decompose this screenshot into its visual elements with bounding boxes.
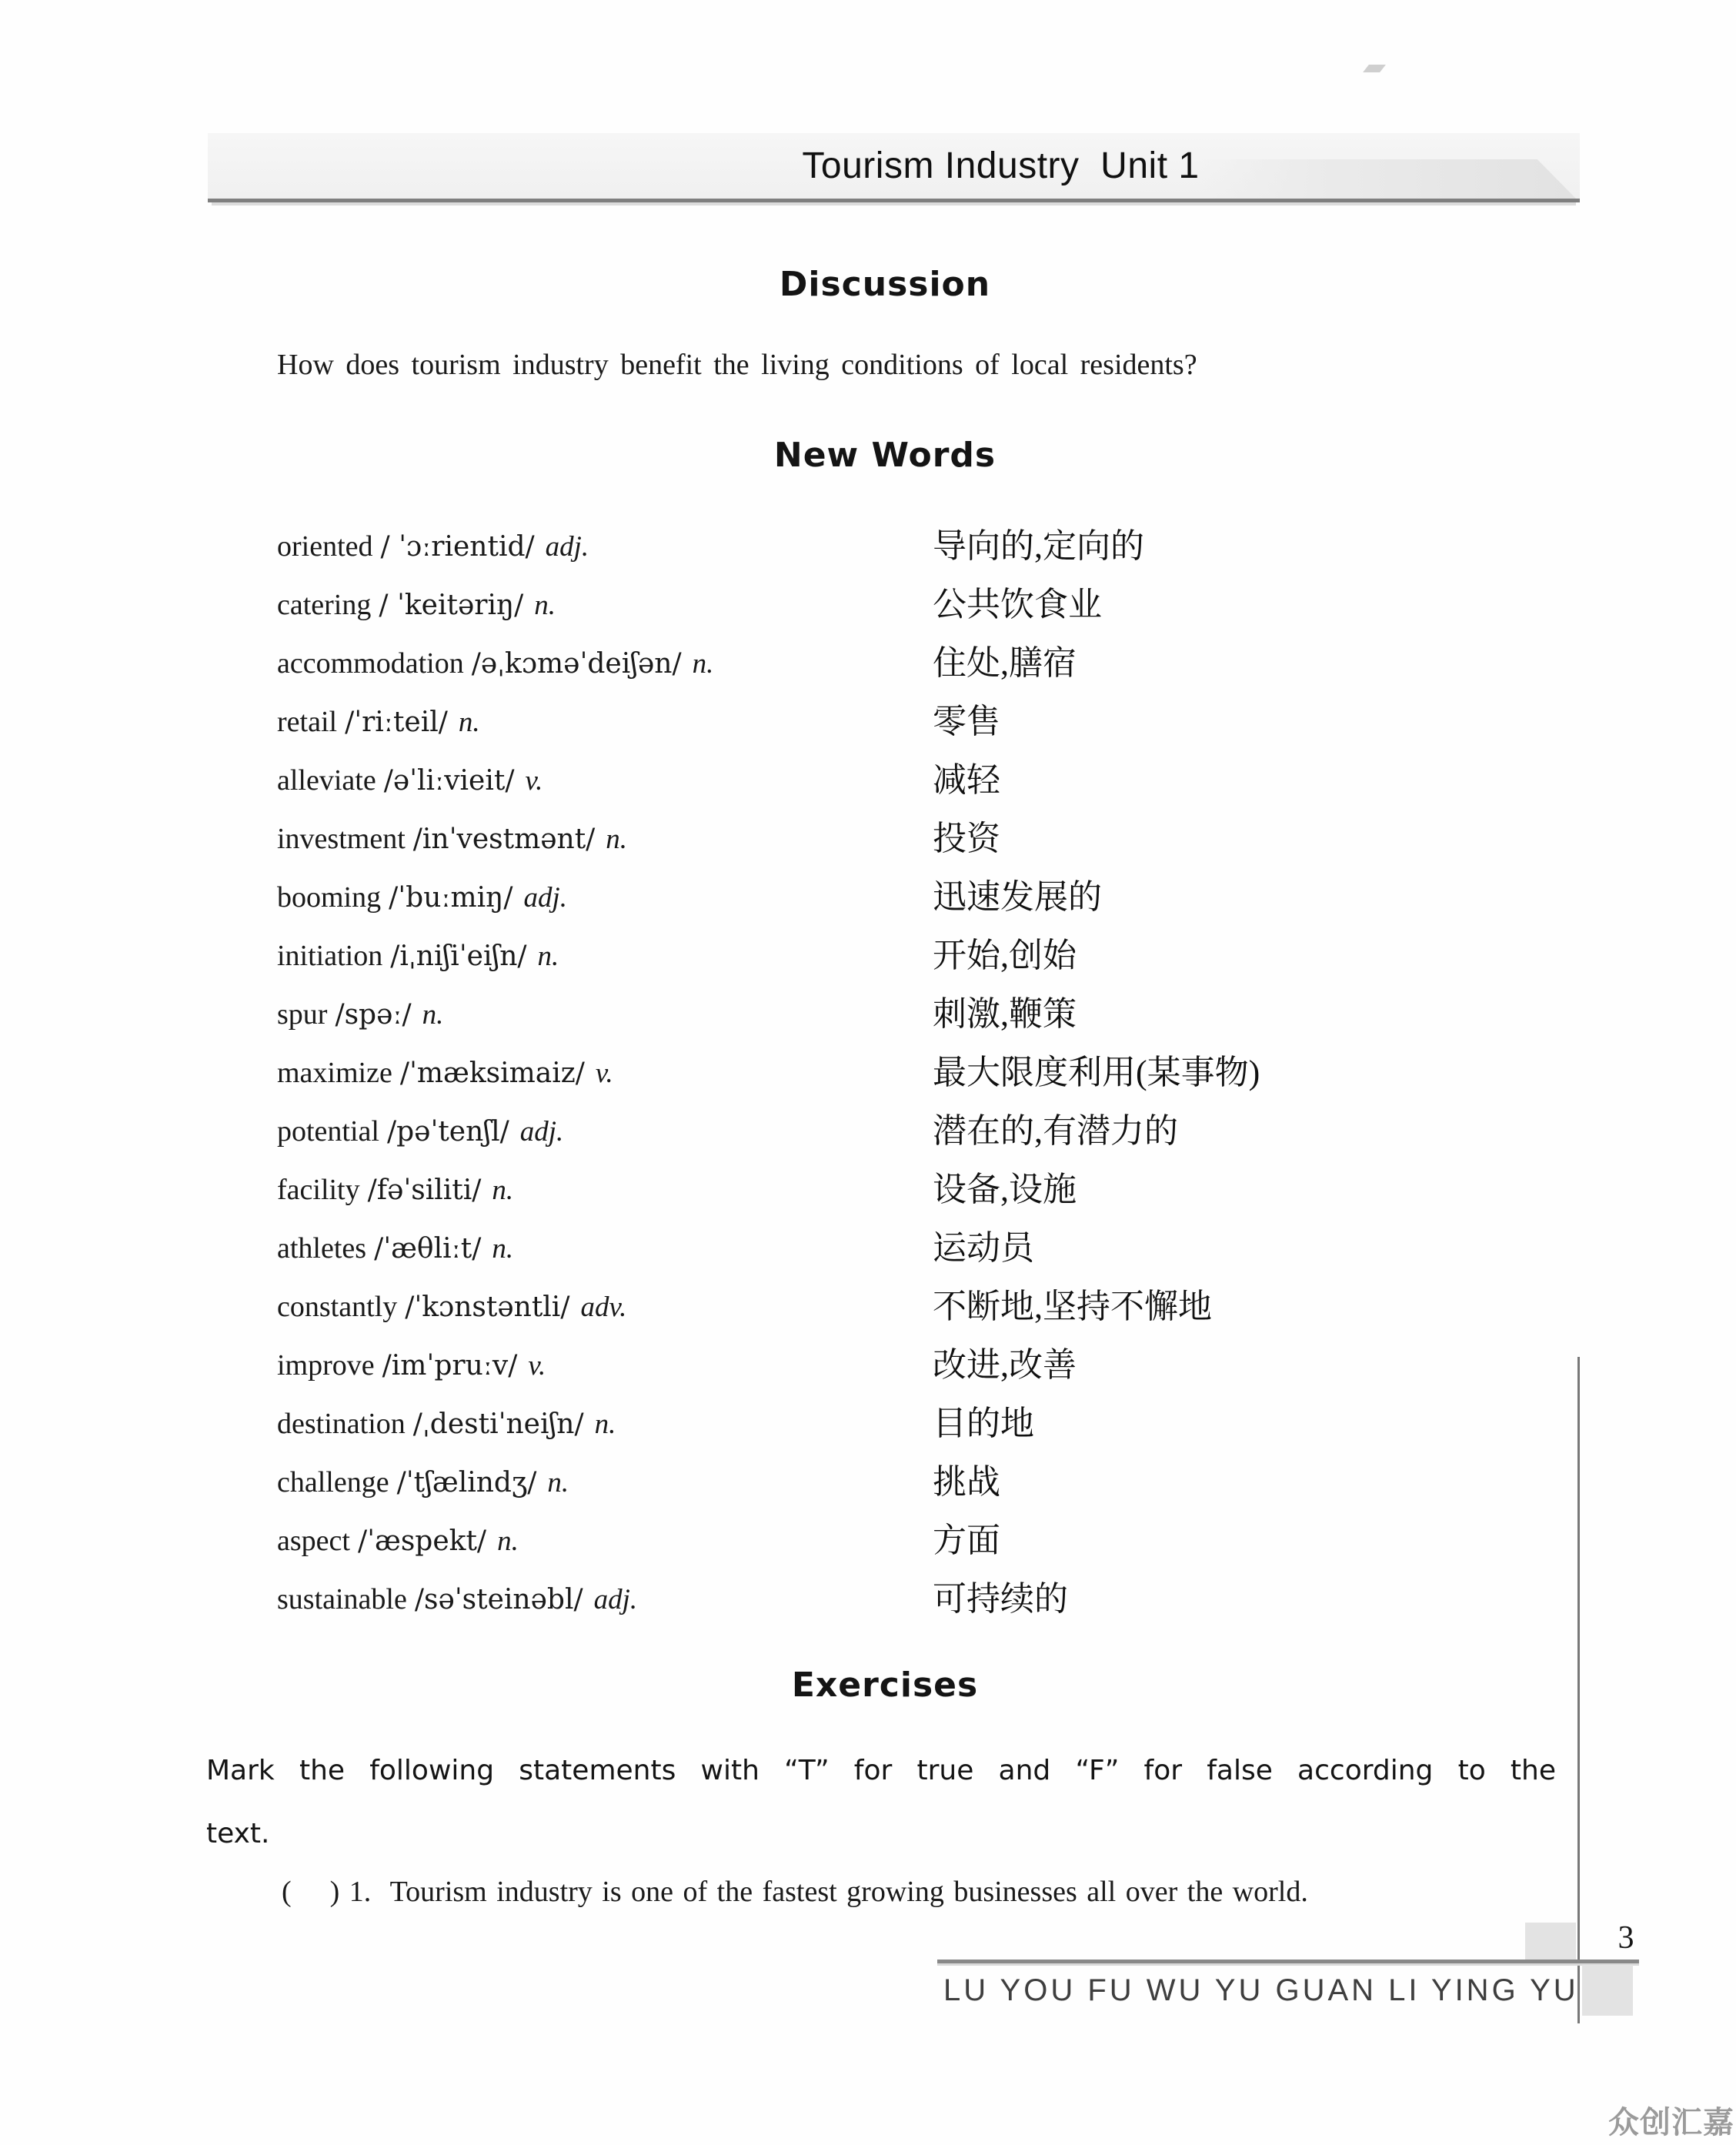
vocab-row: aspect/ˈæspekt/n. 方面 <box>277 1512 1585 1570</box>
vocab-phonetic: /imˈpruːv/ <box>382 1350 518 1382</box>
vocab-translation: 设备,设施 <box>933 1161 1077 1219</box>
vocab-phonetic: /əˈliːvieit/ <box>384 765 515 797</box>
vocab-translation: 可持续的 <box>933 1570 1068 1629</box>
vocab-entry-english: improve/imˈpruːv/v. <box>277 1349 546 1382</box>
vocabulary-list: oriented/ ˈɔːrientid/adj. 导向的,定向的 cateri… <box>277 517 1585 1629</box>
vocab-translation: 不断地,坚持不懈地 <box>933 1278 1212 1336</box>
vocab-phonetic: /pəˈtenʃl/ <box>387 1116 509 1148</box>
decorative-gray-block-bottom <box>1582 1965 1633 2016</box>
vocab-phonetic: /ˈtʃælindʒ/ <box>397 1467 537 1498</box>
vocab-word: destination <box>277 1408 406 1440</box>
vocab-word: catering <box>277 589 371 621</box>
exercises-heading: Exercises <box>208 1666 1562 1705</box>
exercise-instruction-line1: Mark the following statements with “T” f… <box>206 1755 1556 1786</box>
vocab-translation: 迅速发展的 <box>933 868 1102 927</box>
vocab-translation: 零售 <box>933 693 1000 751</box>
vocab-phonetic: /ˈbuːmiŋ/ <box>389 882 512 914</box>
vocab-phonetic: /spəː/ <box>335 999 411 1031</box>
vocab-entry-english: catering/ ˈkeitəriŋ/n. <box>277 589 556 621</box>
vocab-row: accommodation/əˌkɔməˈdeiʃən/n. 住处,膳宿 <box>277 634 1585 693</box>
discussion-question: How does tourism industry benefit the li… <box>277 348 1197 382</box>
vocab-translation: 潜在的,有潜力的 <box>933 1102 1178 1161</box>
vocab-entry-english: sustainable/səˈsteinəbl/adj. <box>277 1583 637 1615</box>
vocab-row: facility/fəˈsiliti/n. 设备,设施 <box>277 1161 1585 1219</box>
vocab-entry-english: athletes/ˈæθliːt/n. <box>277 1232 513 1265</box>
vocab-phonetic: /ˈæspekt/ <box>358 1525 486 1557</box>
page-number: 3 <box>1599 1919 1653 1956</box>
vocab-phonetic: / ˈkeitəriŋ/ <box>379 590 523 621</box>
vocab-pos: n. <box>492 1233 513 1265</box>
vocab-translation: 方面 <box>933 1512 1000 1570</box>
vocab-entry-english: facility/fəˈsiliti/n. <box>277 1174 513 1206</box>
vocab-pos: n. <box>606 824 627 855</box>
vocab-pos: adj. <box>546 531 589 563</box>
vocab-pos: n. <box>534 590 556 621</box>
vocab-phonetic: /ˈkɔnstəntli/ <box>405 1291 569 1323</box>
vocab-translation: 运动员 <box>933 1219 1034 1278</box>
vocab-word: initiation <box>277 940 382 972</box>
vocab-row: investment/inˈvestmənt/n. 投资 <box>277 810 1585 868</box>
vocab-row: initiation/iˌniʃiˈeiʃn/n. 开始,创始 <box>277 927 1585 985</box>
vocab-entry-english: potential/pəˈtenʃl/adj. <box>277 1115 563 1148</box>
vocab-translation: 减轻 <box>933 751 1000 810</box>
vocab-word: athletes <box>277 1232 366 1265</box>
unit-header-banner: Tourism Industry Unit 1 <box>208 133 1580 202</box>
vocab-entry-english: alleviate/əˈliːvieit/v. <box>277 764 542 797</box>
vocab-phonetic: / ˈɔːrientid/ <box>381 531 535 563</box>
vocab-translation: 挑战 <box>933 1453 1000 1512</box>
vocab-pos: adv. <box>580 1291 626 1323</box>
vocab-entry-english: investment/inˈvestmənt/n. <box>277 823 627 855</box>
vocab-entry-english: destination/ˌdestiˈneiʃn/n. <box>277 1408 616 1440</box>
vocab-word: oriented <box>277 530 373 563</box>
vocab-pos: n. <box>595 1408 616 1440</box>
vocab-pos: v. <box>525 765 542 797</box>
vocab-pos: n. <box>547 1467 569 1498</box>
vocab-word: maximize <box>277 1057 392 1089</box>
vocab-word: retail <box>277 706 337 738</box>
vocab-entry-english: booming/ˈbuːmiŋ/adj. <box>277 881 567 914</box>
unit-header-title: Tourism Industry Unit 1 <box>315 133 1687 199</box>
vocab-pos: adj. <box>520 1116 564 1148</box>
vocab-row: maximize/ˈmæksimaiz/v. 最大限度利用(某事物) <box>277 1044 1585 1102</box>
vocab-entry-english: initiation/iˌniʃiˈeiʃn/n. <box>277 940 559 972</box>
vocab-phonetic: /ˈmæksimaiz/ <box>400 1057 585 1089</box>
vocab-translation: 住处,膳宿 <box>933 634 1077 693</box>
exercise-item-1: ( ) 1. Tourism industry is one of the fa… <box>282 1875 1308 1909</box>
vocab-word: challenge <box>277 1466 389 1498</box>
vocab-translation: 最大限度利用(某事物) <box>933 1044 1260 1102</box>
vocab-pos: n. <box>459 707 480 738</box>
vocab-word: potential <box>277 1115 379 1148</box>
vocab-pos: adj. <box>594 1584 638 1615</box>
textbook-page: Tourism Industry Unit 1 Discussion How d… <box>0 0 1736 2145</box>
header-arrow-tip <box>1363 65 1386 72</box>
vocab-word: improve <box>277 1349 375 1382</box>
vocab-phonetic: /ˌdestiˈneiʃn/ <box>413 1408 584 1440</box>
vocab-row: constantly/ˈkɔnstəntli/adv. 不断地,坚持不懈地 <box>277 1278 1585 1336</box>
vocab-pos: v. <box>528 1350 546 1382</box>
vocab-translation: 开始,创始 <box>933 927 1077 985</box>
vocab-entry-english: aspect/ˈæspekt/n. <box>277 1525 519 1557</box>
vocab-pos: v. <box>596 1057 613 1089</box>
vocab-entry-english: spur/spəː/n. <box>277 998 443 1031</box>
vocab-word: spur <box>277 998 327 1031</box>
vocab-row: spur/spəː/n. 刺激,鞭策 <box>277 985 1585 1044</box>
vocab-entry-english: constantly/ˈkɔnstəntli/adv. <box>277 1291 626 1323</box>
vocab-pos: n. <box>538 941 559 972</box>
vocab-word: aspect <box>277 1525 350 1557</box>
vocab-word: alleviate <box>277 764 376 797</box>
vocab-entry-english: challenge/ˈtʃælindʒ/n. <box>277 1466 569 1498</box>
vocab-entry-english: maximize/ˈmæksimaiz/v. <box>277 1057 613 1089</box>
vocab-row: sustainable/səˈsteinəbl/adj. 可持续的 <box>277 1570 1585 1629</box>
vocab-translation: 导向的,定向的 <box>933 517 1144 576</box>
vocab-row: potential/pəˈtenʃl/adj. 潜在的,有潜力的 <box>277 1102 1585 1161</box>
vocab-pos: n. <box>422 999 444 1031</box>
vocab-row: catering/ ˈkeitəriŋ/n. 公共饮食业 <box>277 576 1585 634</box>
vocab-row: destination/ˌdestiˈneiʃn/n. 目的地 <box>277 1395 1585 1453</box>
watermark: 众创汇嘉 <box>1608 2098 1734 2142</box>
vocab-phonetic: /ˈæθliːt/ <box>374 1233 481 1265</box>
margin-vertical-rule <box>1577 1357 1580 2023</box>
exercise-instruction-line2: text. <box>206 1818 1556 1849</box>
vocab-word: booming <box>277 881 381 914</box>
vocab-entry-english: accommodation/əˌkɔməˈdeiʃən/n. <box>277 647 713 680</box>
footer-rule <box>937 1960 1639 1963</box>
decorative-gray-block-top <box>1525 1923 1576 1960</box>
vocab-phonetic: /səˈsteinəbl/ <box>415 1584 583 1615</box>
vocab-word: sustainable <box>277 1583 407 1615</box>
vocab-phonetic: /ˈriːteil/ <box>345 707 448 738</box>
vocab-translation: 刺激,鞭策 <box>933 985 1077 1044</box>
vocab-row: oriented/ ˈɔːrientid/adj. 导向的,定向的 <box>277 517 1585 576</box>
vocab-word: investment <box>277 823 406 855</box>
vocab-row: booming/ˈbuːmiŋ/adj. 迅速发展的 <box>277 868 1585 927</box>
vocab-row: alleviate/əˈliːvieit/v. 减轻 <box>277 751 1585 810</box>
vocab-entry-english: oriented/ ˈɔːrientid/adj. <box>277 530 589 563</box>
vocab-word: facility <box>277 1174 360 1206</box>
vocab-phonetic: /iˌniʃiˈeiʃn/ <box>390 941 526 972</box>
footer-pinyin-title: LU YOU FU WU YU GUAN LI YING YU <box>943 1970 1579 2010</box>
vocab-entry-english: retail/ˈriːteil/n. <box>277 706 480 738</box>
vocab-phonetic: /fəˈsiliti/ <box>368 1174 482 1206</box>
vocab-row: athletes/ˈæθliːt/n. 运动员 <box>277 1219 1585 1278</box>
new-words-heading: New Words <box>208 436 1562 475</box>
discussion-heading: Discussion <box>208 265 1562 304</box>
vocab-word: accommodation <box>277 647 464 680</box>
vocab-translation: 投资 <box>933 810 1000 868</box>
vocab-translation: 目的地 <box>933 1395 1034 1453</box>
vocab-row: retail/ˈriːteil/n. 零售 <box>277 693 1585 751</box>
vocab-translation: 公共饮食业 <box>933 576 1102 634</box>
vocab-pos: n. <box>693 648 714 680</box>
vocab-pos: adj. <box>523 882 567 914</box>
vocab-translation: 改进,改善 <box>933 1336 1077 1395</box>
vocab-pos: n. <box>497 1525 519 1557</box>
vocab-phonetic: /inˈvestmənt/ <box>413 824 596 855</box>
vocab-row: improve/imˈpruːv/v. 改进,改善 <box>277 1336 1585 1395</box>
vocab-word: constantly <box>277 1291 397 1323</box>
vocab-phonetic: /əˌkɔməˈdeiʃən/ <box>472 648 682 680</box>
vocab-row: challenge/ˈtʃælindʒ/n. 挑战 <box>277 1453 1585 1512</box>
vocab-pos: n. <box>492 1174 513 1206</box>
